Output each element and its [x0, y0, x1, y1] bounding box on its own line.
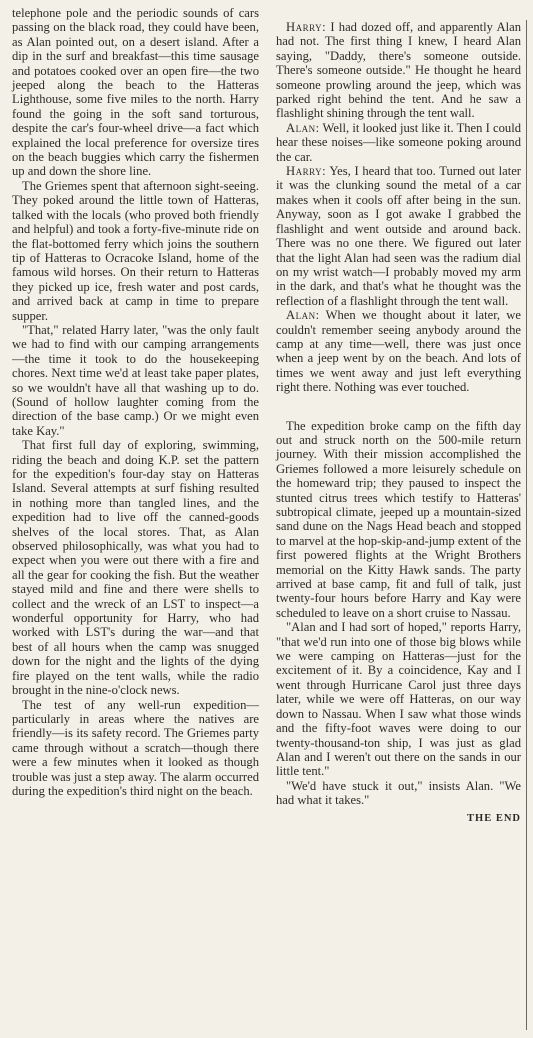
paragraph: telephone pole and the periodic sounds o… [12, 6, 259, 179]
paragraph: The expedition broke camp on the fifth d… [276, 419, 521, 621]
spacer [276, 6, 521, 20]
section-break [276, 395, 521, 419]
magazine-page: telephone pole and the periodic sounds o… [0, 0, 533, 1038]
paragraph: That first full day of exploring, swim­m… [12, 438, 259, 697]
right-column: Harry: I had dozed off, and ap­parently … [276, 6, 521, 826]
left-column: telephone pole and the periodic sounds o… [12, 6, 259, 798]
paragraph: "Alan and I had sort of hoped," reports … [276, 620, 521, 778]
speaker-name: Harry: [286, 164, 326, 178]
paragraph: The Griemes spent that afternoon sight-s… [12, 179, 259, 323]
dialogue-paragraph: Harry: Yes, I heard that too. Turned out… [276, 164, 521, 308]
speaker-name: Alan: [286, 121, 320, 135]
dialogue-paragraph: Harry: I had dozed off, and ap­parently … [276, 20, 521, 121]
speaker-name: Alan: [286, 308, 320, 322]
dialogue-paragraph: Alan: Well, it looked just like it. Then… [276, 121, 521, 164]
paragraph: The test of any well-run expedition—part… [12, 698, 259, 799]
column-rule [526, 20, 527, 1030]
end-mark: THE END [276, 812, 521, 826]
paragraph: "That," related Harry later, "was the on… [12, 323, 259, 438]
dialogue-paragraph: Alan: When we thought about it later, we… [276, 308, 521, 394]
speaker-name: Harry: [286, 20, 326, 34]
dialogue-text: Yes, I heard that too. Turned out later … [276, 164, 521, 308]
paragraph: "We'd have stuck it out," insists Alan. … [276, 779, 521, 808]
dialogue-text: I had dozed off, and ap­parently Alan ha… [276, 20, 521, 120]
